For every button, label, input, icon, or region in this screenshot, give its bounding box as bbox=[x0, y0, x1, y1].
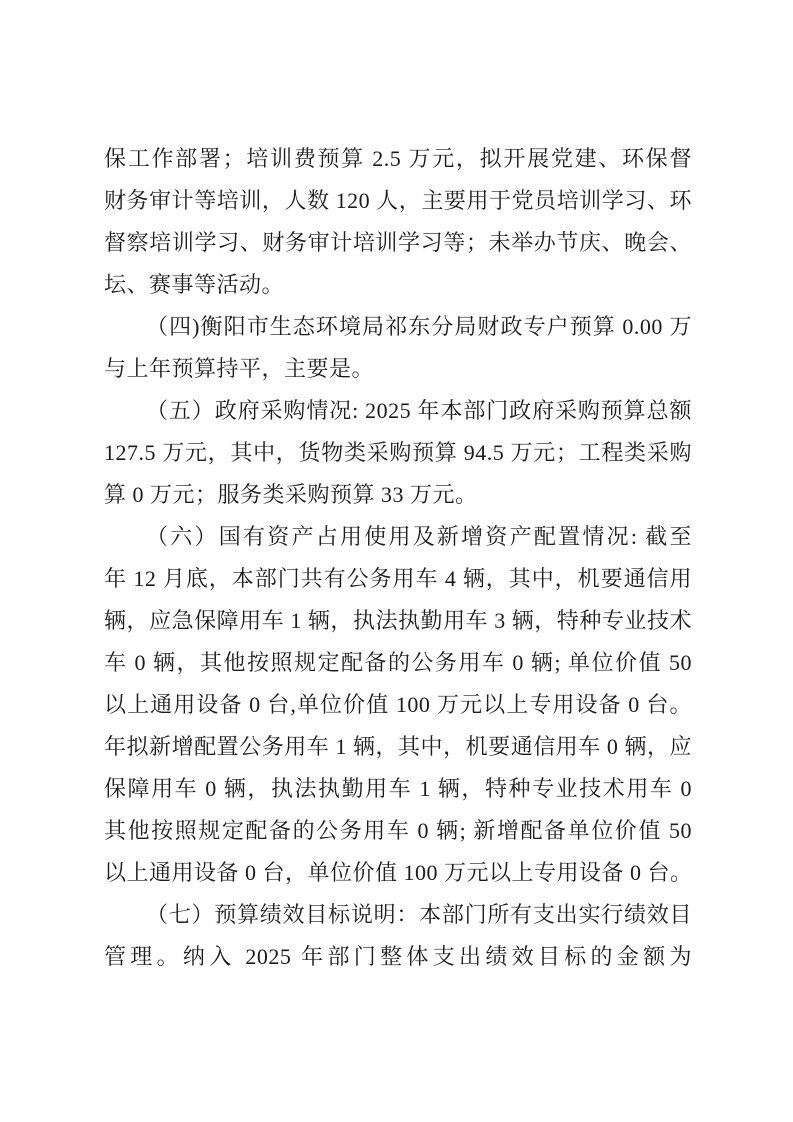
text-line: 算 0 万元；服务类采购预算 33 万元。 bbox=[104, 474, 692, 516]
text-line: 其他按照规定配备的公务用车 0 辆; 新增配备单位价值 50 万元 bbox=[104, 810, 692, 852]
text-line: 保工作部署；培训费预算 2.5 万元，拟开展党建、环保督察、 bbox=[104, 138, 692, 180]
document-body: 保工作部署；培训费预算 2.5 万元，拟开展党建、环保督察、财务审计等培训，人数… bbox=[104, 138, 692, 978]
text-line: 保障用车 0 辆，执法执勤用车 1 辆，特种专业技术用车 0 辆， bbox=[104, 768, 692, 810]
text-line: 年拟新增配置公务用车 1 辆，其中，机要通信用车 0 辆，应急 bbox=[104, 726, 692, 768]
text-line: 年 12 月底，本部门共有公务用车 4 辆，其中，机要通信用车 0 bbox=[104, 558, 692, 600]
text-line: （四)衡阳市生态环境局祁东分局财政专户预算 0.00 万元， bbox=[104, 306, 692, 348]
paragraph-6-state-assets-usage: （六）国有资产占用使用及新增资产配置情况: 截至 2024年 12 月底，本部门… bbox=[104, 516, 692, 894]
text-line: 督察培训学习、财务审计培训学习等；未举办节庆、晚会、论 bbox=[104, 222, 692, 264]
text-line: 坛、赛事等活动。 bbox=[104, 264, 692, 306]
paragraph-training-budget-continuation: 保工作部署；培训费预算 2.5 万元，拟开展党建、环保督察、财务审计等培训，人数… bbox=[104, 138, 692, 306]
text-line: 辆，应急保障用车 1 辆，执法执勤用车 3 辆，特种专业技术用 bbox=[104, 600, 692, 642]
paragraph-4-fiscal-special-account: （四)衡阳市生态环境局祁东分局财政专户预算 0.00 万元，与上年预算持平，主要… bbox=[104, 306, 692, 390]
text-line: 与上年预算持平，主要是。 bbox=[104, 348, 692, 390]
text-line: （七）预算绩效目标说明：本部门所有支出实行绩效目标 bbox=[104, 894, 692, 936]
text-line: 车 0 辆，其他按照规定配备的公务用车 0 辆; 单位价值 50 万元 bbox=[104, 642, 692, 684]
text-line: 以上通用设备 0 台,单位价值 100 万元以上专用设备 0 台。2025 bbox=[104, 684, 692, 726]
paragraph-5-government-procurement: （五）政府采购情况: 2025 年本部门政府采购预算总额127.5 万元，其中，… bbox=[104, 390, 692, 516]
text-line: 以上通用设备 0 台，单位价值 100 万元以上专用设备 0 台。 bbox=[104, 852, 692, 894]
text-line: 127.5 万元，其中，货物类采购预算 94.5 万元；工程类采购预 bbox=[104, 432, 692, 474]
text-line: 财务审计等培训，人数 120 人，主要用于党员培训学习、环保 bbox=[104, 180, 692, 222]
text-line: （六）国有资产占用使用及新增资产配置情况: 截至 2024 bbox=[104, 516, 692, 558]
text-line: （五）政府采购情况: 2025 年本部门政府采购预算总额 bbox=[104, 390, 692, 432]
text-line: 管理。纳入 2025 年部门整体支出绩效目标的金额为 1454.78 万 bbox=[104, 936, 692, 978]
document-page: 保工作部署；培训费预算 2.5 万元，拟开展党建、环保督察、财务审计等培训，人数… bbox=[0, 0, 793, 1122]
paragraph-7-performance-targets: （七）预算绩效目标说明：本部门所有支出实行绩效目标管理。纳入 2025 年部门整… bbox=[104, 894, 692, 978]
